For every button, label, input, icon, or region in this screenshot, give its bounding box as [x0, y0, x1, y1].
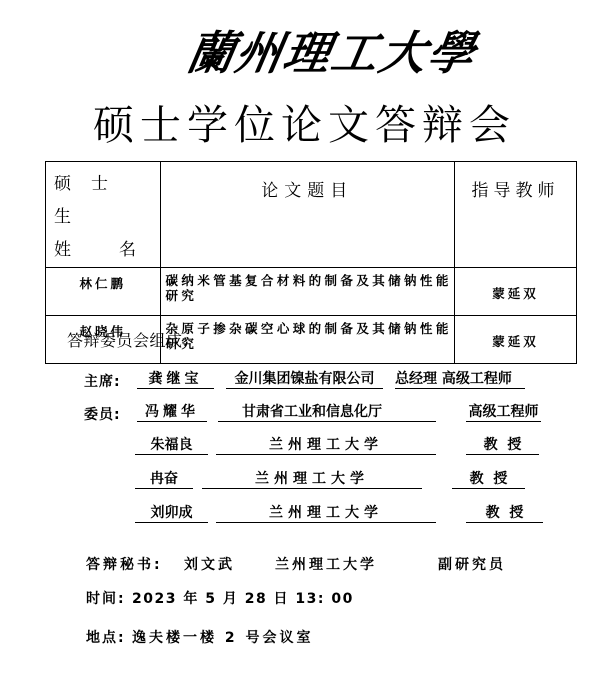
- header-student-line1: 硕士生: [54, 168, 160, 234]
- committee-heading: 答辩委员会组成:: [67, 328, 188, 351]
- university-logo: 蘭州理工大學: [183, 22, 444, 84]
- secretary-name: 刘文武: [184, 554, 235, 574]
- header-student-name: 硕士生 姓名: [46, 162, 161, 268]
- header-student-char2: 名: [119, 234, 136, 267]
- chair-title: 总经理 高级工程师: [395, 370, 525, 389]
- member-organization: 兰州理工大学: [202, 470, 422, 489]
- header-advisor: 指导教师: [455, 162, 577, 268]
- chair-organization: 金川集团镍盐有限公司: [226, 370, 383, 389]
- advisor-name: 蒙延双: [455, 268, 577, 316]
- member-name: 刘卯成: [135, 504, 208, 523]
- header-student-char1: 姓: [54, 234, 71, 267]
- secretary-title: 副研究员: [438, 554, 506, 574]
- table-row: 林仁鹏 碳纳米管基复合材料的制备及其储钠性能研究 蒙延双: [46, 268, 577, 316]
- member-title: 高级工程师: [466, 403, 541, 422]
- member-name: 冯耀华: [137, 403, 207, 422]
- chair-name: 龚继宝: [137, 370, 214, 389]
- secretary-organization: 兰州理工大学: [275, 554, 377, 574]
- member-organization: 兰州理工大学: [216, 504, 436, 523]
- time-label: 时间:: [86, 588, 126, 608]
- location-value: 逸夫楼一楼 2 号会议室: [132, 627, 314, 647]
- header-thesis-title: 论文题目: [160, 162, 454, 268]
- secretary-label: 答辩秘书:: [86, 554, 163, 574]
- location-label: 地点:: [86, 627, 126, 647]
- header-student-line2: 姓名: [54, 234, 136, 267]
- thesis-title: 碳纳米管基复合材料的制备及其储钠性能研究: [160, 268, 454, 316]
- time-value: 2023 年 5 月 28 日 13: 00: [132, 588, 354, 608]
- member-name: 冉奋: [135, 470, 193, 489]
- member-title: 教 授: [466, 436, 539, 455]
- thesis-title: 杂原子掺杂碳空心球的制备及其储钠性能研究: [160, 316, 454, 364]
- member-title: 教 授: [466, 504, 543, 523]
- page-title: 硕士学位论文答辩会: [93, 98, 533, 152]
- student-name: 林仁鹏: [46, 268, 161, 316]
- member-organization: 甘肃省工业和信息化厅: [218, 403, 436, 422]
- member-organization: 兰州理工大学: [216, 436, 436, 455]
- advisor-name: 蒙延双: [455, 316, 577, 364]
- member-organization-text: 甘肃省工业和信息化厅: [218, 404, 382, 420]
- chair-label: 主席:: [84, 371, 121, 391]
- member-title: 教 授: [452, 470, 525, 489]
- table-header-row: 硕士生 姓名 论文题目 指导教师: [46, 162, 577, 268]
- members-label: 委员:: [84, 404, 121, 424]
- member-name: 朱福良: [135, 436, 208, 455]
